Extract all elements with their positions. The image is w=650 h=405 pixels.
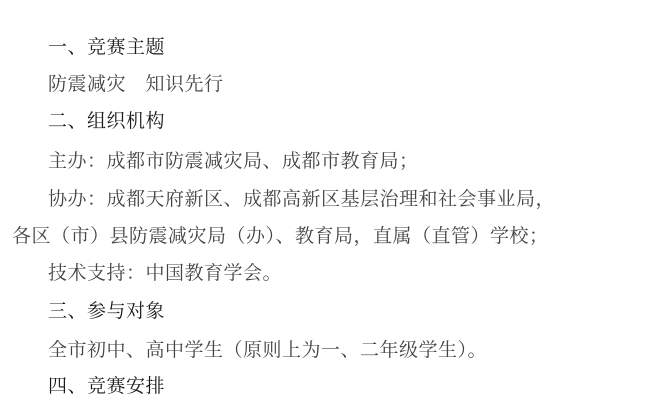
participants-text: 全市初中、高中学生（原则上为一、二年级学生）。 (48, 339, 487, 361)
section-heading-participants: 三、参与对象 (48, 300, 165, 322)
technical-support-text: 技术支持：中国教育学会。 (48, 262, 282, 284)
section-heading-theme: 一、竞赛主题 (48, 36, 165, 58)
co-organizer-text-continued: 各区（市）县防震减灾局（办）、教育局，直属（直管）学校； (12, 225, 549, 247)
co-organizer-text: 协办：成都天府新区、成都高新区基层治理和社会事业局， (48, 188, 555, 210)
section-heading-arrangement: 四、竞赛安排 (48, 375, 165, 397)
organizer-text: 主办：成都市防震减灾局、成都市教育局； (48, 150, 419, 172)
theme-text: 防震减灾 知识先行 (48, 73, 224, 95)
section-heading-organization: 二、组织机构 (48, 110, 165, 132)
